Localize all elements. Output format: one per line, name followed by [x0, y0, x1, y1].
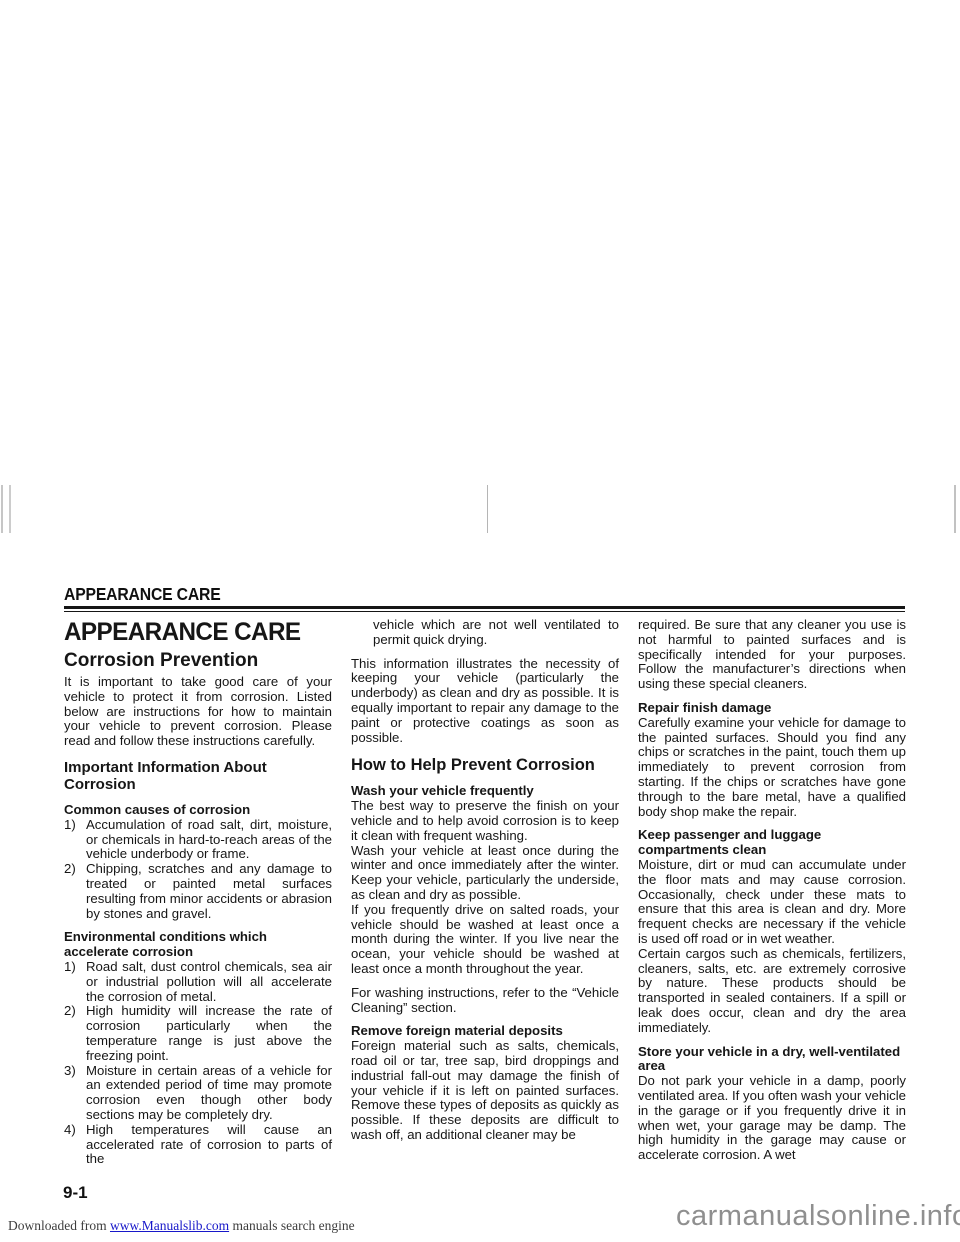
paragraph: Do not park your vehicle in a damp, poor…	[638, 1074, 906, 1163]
list-item-number: 1)	[64, 818, 76, 833]
paragraph: Certain cargos such as chemicals, fertil…	[638, 947, 906, 1036]
bold-subheading: Store your vehicle in a dry, well-ventil…	[638, 1045, 906, 1075]
list-item-number: 4)	[64, 1123, 76, 1138]
download-watermark-suffix: manuals search engine	[229, 1218, 355, 1233]
paragraph: Wash your vehicle at least once during t…	[351, 844, 619, 903]
list-item: 4)High temperatures will cause an accele…	[64, 1123, 332, 1167]
section-heading: Corrosion Prevention	[64, 649, 332, 672]
section-heading: How to Help Prevent Corrosion	[351, 755, 619, 775]
list-item-text: High temperatures will cause an accelera…	[86, 1122, 332, 1167]
running-header: APPEARANCE CARE	[64, 584, 221, 605]
list-item-number: 1)	[64, 960, 76, 975]
bold-subheading: Common causes of corrosion	[64, 803, 332, 818]
bold-subheading: Keep passenger and luggage compartments …	[638, 828, 906, 858]
manualslib-link[interactable]: www.Manualslib.com	[110, 1218, 229, 1233]
paragraph: Carefully examine your vehicle for damag…	[638, 716, 906, 820]
list-item: 1)Accumulation of road salt, dirt, moist…	[64, 818, 332, 862]
list-item: 2)High humidity will increase the rate o…	[64, 1004, 332, 1063]
text-column-1: APPEARANCE CARECorrosion PreventionIt is…	[64, 618, 332, 1167]
list-item: 1)Road salt, dust control chemicals, sea…	[64, 960, 332, 1004]
list-item-text: Accumulation of road salt, dirt, moistur…	[86, 817, 332, 862]
manual-page: { "page": { "running_header": "APPEARANC…	[0, 0, 960, 1242]
registration-mark-left-outer	[1, 485, 3, 533]
bold-subheading: Environmental conditions which accelerat…	[64, 930, 332, 960]
paragraph: For washing instructions, refer to the “…	[351, 986, 619, 1016]
download-watermark-prefix: Downloaded from	[8, 1218, 110, 1233]
registration-mark-center	[487, 485, 488, 533]
list-item-text: Chipping, scratches and any damage to tr…	[86, 861, 332, 920]
header-rule	[64, 606, 905, 612]
paragraph: This information illustrates the necessi…	[351, 657, 619, 746]
text-column-2: vehicle which are not well ventilated to…	[351, 618, 619, 1143]
registration-mark-right	[954, 485, 956, 533]
list-item-text: Moisture in certain areas of a vehicle f…	[86, 1063, 332, 1122]
bold-subheading: Repair finish damage	[638, 701, 906, 716]
list-item-text: High humidity will increase the rate of …	[86, 1003, 332, 1062]
list-item-number: 2)	[64, 1004, 76, 1019]
list-item: 2)Chipping, scratches and any damage to …	[64, 862, 332, 921]
paragraph: If you frequently drive on salted roads,…	[351, 903, 619, 977]
list-item-number: 3)	[64, 1064, 76, 1079]
registration-mark-left-inner	[9, 485, 11, 533]
bold-subheading: Wash your vehicle frequently	[351, 784, 619, 799]
text-column-3: required. Be sure that any cleaner you u…	[638, 618, 906, 1163]
list-item-text: Road salt, dust control chemicals, sea a…	[86, 959, 332, 1004]
site-watermark: carmanualsonline.info	[676, 1200, 960, 1233]
list-item-number: 2)	[64, 862, 76, 877]
paragraph: It is important to take good care of you…	[64, 675, 332, 749]
download-watermark: Downloaded from www.Manualslib.com manua…	[8, 1218, 355, 1234]
paragraph: Foreign material such as salts, chemical…	[351, 1039, 619, 1143]
subsection-heading: Important Information About Corrosion	[64, 759, 332, 794]
paragraph: required. Be sure that any cleaner you u…	[638, 618, 906, 692]
paragraph: The best way to preserve the finish on y…	[351, 799, 619, 843]
bold-subheading: Remove foreign material deposits	[351, 1024, 619, 1039]
article-title: APPEARANCE CARE	[64, 618, 324, 646]
paragraph: Moisture, dirt or mud can accumulate und…	[638, 858, 906, 947]
paragraph-continuation: vehicle which are not well ventilated to…	[351, 618, 619, 648]
page-number: 9-1	[63, 1183, 88, 1203]
list-item: 3)Moisture in certain areas of a vehicle…	[64, 1064, 332, 1123]
